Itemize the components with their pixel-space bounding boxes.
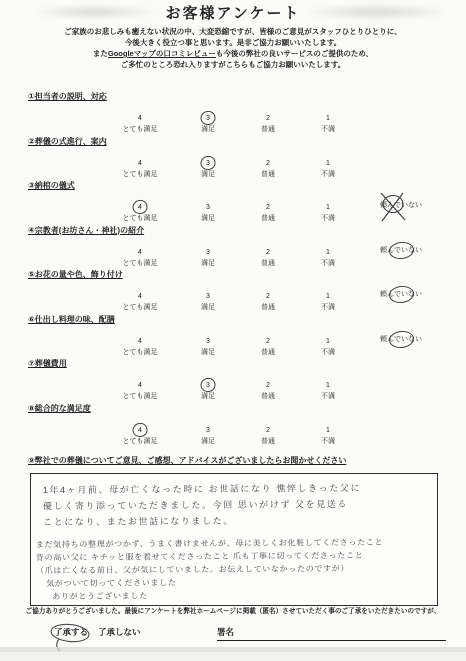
rating-value: 3 bbox=[204, 159, 212, 168]
rating-value: 1 bbox=[324, 203, 332, 212]
handwritten-paragraph-1: 1年4ヶ月前、母が亡くなった時に お世話になり 憔悴しきった父に優しく寄り添って… bbox=[43, 480, 362, 530]
rating-options: 4とても満足3満足2普通1不満頼んでいない bbox=[28, 285, 458, 306]
rating-value: 4 bbox=[136, 114, 144, 123]
intro-line-2: 今後大きく役立つ事と思います。是非ご協力お願いいたします。 bbox=[0, 37, 466, 48]
selected-circle-mark bbox=[388, 329, 415, 349]
rating-value: 3 bbox=[204, 203, 212, 212]
closing-note: ご協力ありがとうございました。最後にアンケートを弊社ホームページに掲載（匿名）さ… bbox=[0, 605, 466, 615]
selected-circle-mark bbox=[388, 240, 415, 260]
rating-value: 4 bbox=[136, 337, 144, 346]
consent-row: 了承する 了承しない 署名 bbox=[0, 622, 466, 648]
rating-options: 4とても満足3満足2普通1不満 bbox=[28, 107, 458, 128]
rating-value: 2 bbox=[264, 426, 272, 435]
selected-circle-mark bbox=[132, 422, 149, 438]
question-title: ⑧総合的な満足度 bbox=[28, 403, 91, 414]
rating-value: 3 bbox=[204, 248, 212, 257]
rating-value: 2 bbox=[264, 381, 272, 390]
question-block: ④宗教者(お坊さん・神社)の紹介 4とても満足3満足2普通1不満頼んでいない bbox=[28, 220, 458, 265]
handwritten-line: （爪は亡くなる前日、父が気にしていました。お伝えしていなかったのですが） bbox=[36, 562, 383, 577]
question-block: ⑤お花の量や色、飾り付け 4とても満足3満足2普通1不満頼んでいない bbox=[28, 264, 458, 309]
consent-decline-option: 了承しない bbox=[98, 626, 141, 638]
consent-accept-option: 了承する bbox=[54, 626, 88, 638]
selected-circle-mark bbox=[200, 155, 217, 171]
survey-document: お客様アンケート ご家族のお悲しみも癒えない状況の中、大変恐縮ですが、皆様のご意… bbox=[0, 0, 466, 661]
rating-value: 1 bbox=[324, 381, 332, 390]
rating-option: 1不満 bbox=[298, 419, 358, 446]
question-block: ①担当者の説明、対応 4とても満足3満足2普通1不満 bbox=[28, 86, 458, 131]
handwritten-line: 優しく寄り添っていただきました。今回 思いがけず 父を見送る bbox=[43, 496, 361, 514]
rating-value: 1 bbox=[324, 159, 332, 168]
rating-label: 不満 bbox=[298, 437, 358, 446]
rating-value: 1 bbox=[324, 426, 332, 435]
rating-value: 4 bbox=[136, 248, 144, 257]
not-requested-option: 頼んでいない bbox=[380, 246, 460, 255]
rating-options: 4とても満足3満足2普通1不満頼んでいない bbox=[28, 330, 458, 351]
rating-options: 4とても満足3満足2普通1不満頼んでいない bbox=[28, 196, 458, 217]
selected-circle-mark bbox=[388, 285, 415, 305]
rating-options: 4とても満足3満足2普通1不満頼んでいない bbox=[28, 241, 458, 262]
question-block: ⑧総合的な満足度 4とても満足3満足2普通1不満 bbox=[28, 398, 458, 443]
handwritten-paragraph-2: まだ気持ちの整理がつかず、うまく書けませんが、母に美しくお化粧してくださったこと… bbox=[36, 536, 384, 603]
rating-value: 3 bbox=[204, 337, 212, 346]
question-title: ③納棺の儀式 bbox=[28, 180, 75, 191]
selected-circle-mark bbox=[200, 110, 217, 126]
rating-value: 3 bbox=[204, 292, 212, 301]
question-block: ⑥仕出し料理の味、配膳 4とても満足3満足2普通1不満頼んでいない bbox=[28, 309, 458, 354]
rating-label: とても満足 bbox=[110, 437, 170, 446]
intro-line-4: ご多忙のところ恐れ入りますがこちらもご協力お願いいたします。 bbox=[0, 59, 466, 70]
rating-value: 1 bbox=[324, 337, 332, 346]
page-title: お客様アンケート bbox=[0, 2, 466, 23]
selected-circle-mark bbox=[132, 199, 149, 215]
intro-line-1: ご家族のお悲しみも癒えない状況の中、大変恐縮ですが、皆様のご意見がスタッフひとり… bbox=[0, 26, 466, 37]
rating-value: 2 bbox=[264, 203, 272, 212]
comments-question-title: ⑨弊社での葬儀についてご意見、ご感想、アドバイスがございましたらお聞かせください bbox=[28, 455, 346, 466]
question-title: ⑦葬儀費用 bbox=[28, 358, 67, 369]
not-requested-option: 頼んでいない bbox=[380, 201, 460, 210]
rating-value: 2 bbox=[264, 159, 272, 168]
rating-value: 2 bbox=[264, 248, 272, 257]
signature-line bbox=[217, 640, 446, 641]
comments-section: ⑨弊社での葬儀についてご意見、ご感想、アドバイスがございましたらお聞かせください… bbox=[28, 450, 442, 606]
rating-options: 4とても満足3満足2普通1不満 bbox=[28, 152, 458, 173]
rating-value: 2 bbox=[264, 337, 272, 346]
question-title: ④宗教者(お坊さん・神社)の紹介 bbox=[28, 225, 144, 236]
rating-option: 4とても満足 bbox=[110, 419, 170, 446]
rating-value: 4 bbox=[136, 381, 144, 390]
rating-option: 2普通 bbox=[238, 419, 298, 446]
rating-value: 1 bbox=[324, 248, 332, 257]
selected-circle-mark bbox=[200, 377, 217, 393]
question-block: ②葬儀の式進行、案内 4とても満足3満足2普通1不満 bbox=[28, 131, 458, 176]
rating-label: 満足 bbox=[178, 437, 238, 446]
intro-line-3-pre: また bbox=[93, 49, 108, 58]
rating-value: 1 bbox=[324, 114, 332, 123]
google-maps-review-link: Googleマップの口コミレビュー bbox=[108, 49, 216, 58]
handwritten-line: ありがとうございました bbox=[52, 588, 383, 603]
question-title: ②葬儀の式進行、案内 bbox=[28, 136, 107, 147]
rating-value: 4 bbox=[136, 203, 144, 212]
comments-box: 1年4ヶ月前、母が亡くなった時に お世話になり 憔悴しきった父に優しく寄り添って… bbox=[30, 473, 438, 606]
question-title: ⑥仕出し料理の味、配膳 bbox=[28, 314, 115, 325]
question-title: ⑤お花の量や色、飾り付け bbox=[28, 269, 123, 280]
intro-line-3: またGoogleマップの口コミレビューも今後の弊社の良いサービスのご提供のため、 bbox=[0, 48, 466, 59]
scan-artifact bbox=[0, 652, 466, 661]
question-title: ①担当者の説明、対応 bbox=[28, 91, 107, 102]
rating-value: 4 bbox=[136, 159, 144, 168]
rating-value: 3 bbox=[204, 114, 212, 123]
not-requested-option: 頼んでいない bbox=[380, 335, 460, 344]
rating-options: 4とても満足3満足2普通1不満 bbox=[28, 374, 458, 395]
question-block: ③納棺の儀式 4とても満足3満足2普通1不満頼んでいない bbox=[28, 175, 458, 220]
handwritten-line: ことになり、またお世話になりました。 bbox=[43, 512, 361, 530]
rating-label: 普通 bbox=[238, 437, 298, 446]
rating-value: 2 bbox=[264, 114, 272, 123]
rating-value: 4 bbox=[136, 292, 144, 301]
intro-line-3-post: も今後の弊社の良いサービスのご提供のため、 bbox=[216, 49, 373, 58]
rating-option: 3満足 bbox=[178, 419, 238, 446]
rating-value: 3 bbox=[204, 381, 212, 390]
rating-value: 3 bbox=[204, 426, 212, 435]
question-block: ⑦葬儀費用 4とても満足3満足2普通1不満 bbox=[28, 353, 458, 398]
intro-text: ご家族のお悲しみも癒えない状況の中、大変恐縮ですが、皆様のご意見がスタッフひとり… bbox=[0, 26, 466, 70]
not-requested-option: 頼んでいない bbox=[380, 290, 460, 299]
rating-value: 2 bbox=[264, 292, 272, 301]
rating-value: 4 bbox=[136, 426, 144, 435]
rating-value: 1 bbox=[324, 292, 332, 301]
questions: ①担当者の説明、対応 4とても満足3満足2普通1不満 ②葬儀の式進行、案内 4と… bbox=[28, 86, 458, 442]
rating-options: 4とても満足3満足2普通1不満 bbox=[28, 419, 458, 440]
signature-label: 署名 bbox=[217, 626, 234, 638]
